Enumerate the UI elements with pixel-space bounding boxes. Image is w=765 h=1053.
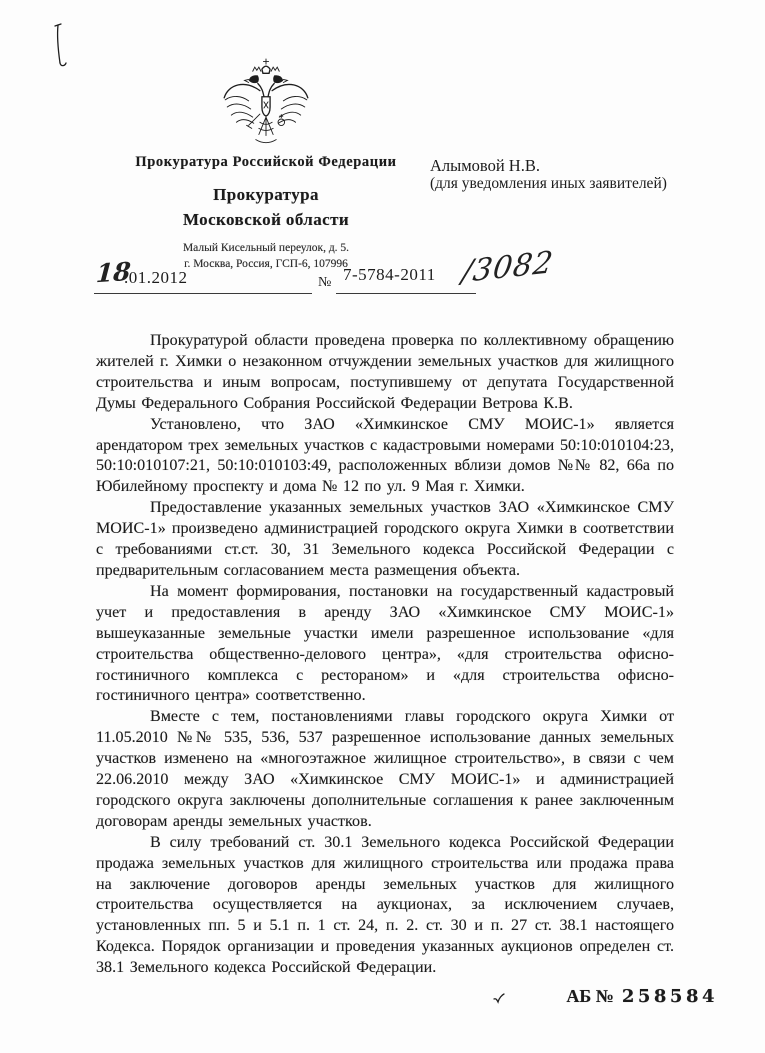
org-name-prosecutor: Прокуратура (96, 185, 436, 205)
addressee-block: Алымовой Н.В. (для уведомления иных заяв… (430, 157, 730, 193)
scanned-letter-page: Прокуратура Российской Федерации Прокура… (0, 0, 765, 1053)
handwritten-number-suffix: /3082 (460, 245, 556, 290)
printed-date: .01.2012 (124, 268, 188, 288)
coat-of-arms-eagle-icon (217, 58, 315, 165)
org-name-region: Московской области (96, 210, 436, 230)
blank-form-number: АБ №258584 (566, 986, 718, 1007)
paragraph-permitted-use: На момент формирования, постановки на го… (96, 582, 674, 707)
outgoing-number: 7-5784-2011 (343, 265, 436, 285)
paragraph-inspection: Прокуратурой области проведена проверка … (96, 331, 674, 415)
paragraph-resolutions: Вместе с тем, постановлениями главы горо… (96, 707, 674, 832)
org-address-street: Малый Кисельный переулок, д. 5. (96, 242, 436, 254)
addressee-note: (для уведомления иных заявителей) (430, 175, 730, 193)
pen-stroke-icon (49, 22, 71, 79)
letterhead: Прокуратура Российской Федерации Прокура… (96, 154, 436, 270)
paragraph-tenant-plots: Установлено, что ЗАО «Химкинское СМУ МОИ… (96, 415, 674, 499)
paragraph-auction-rules: В силу требований ст. 30.1 Земельного ко… (96, 833, 674, 979)
org-name-federation: Прокуратура Российской Федерации (96, 154, 436, 171)
check-mark-icon (492, 992, 506, 1010)
date-number-row: 18 .01.2012 № 7-5784-2011 /3082 (96, 260, 576, 304)
letter-body: Прокуратурой области проведена проверка … (96, 331, 674, 979)
paragraph-provision: Предоставление указанных земельных участ… (96, 498, 674, 582)
number-underline (336, 293, 476, 294)
blank-number-digits: 258584 (622, 986, 718, 1007)
blank-series-label: АБ № (566, 986, 614, 1006)
number-sign: № (318, 275, 331, 291)
date-underline (94, 293, 312, 294)
addressee-name: Алымовой Н.В. (430, 157, 730, 175)
